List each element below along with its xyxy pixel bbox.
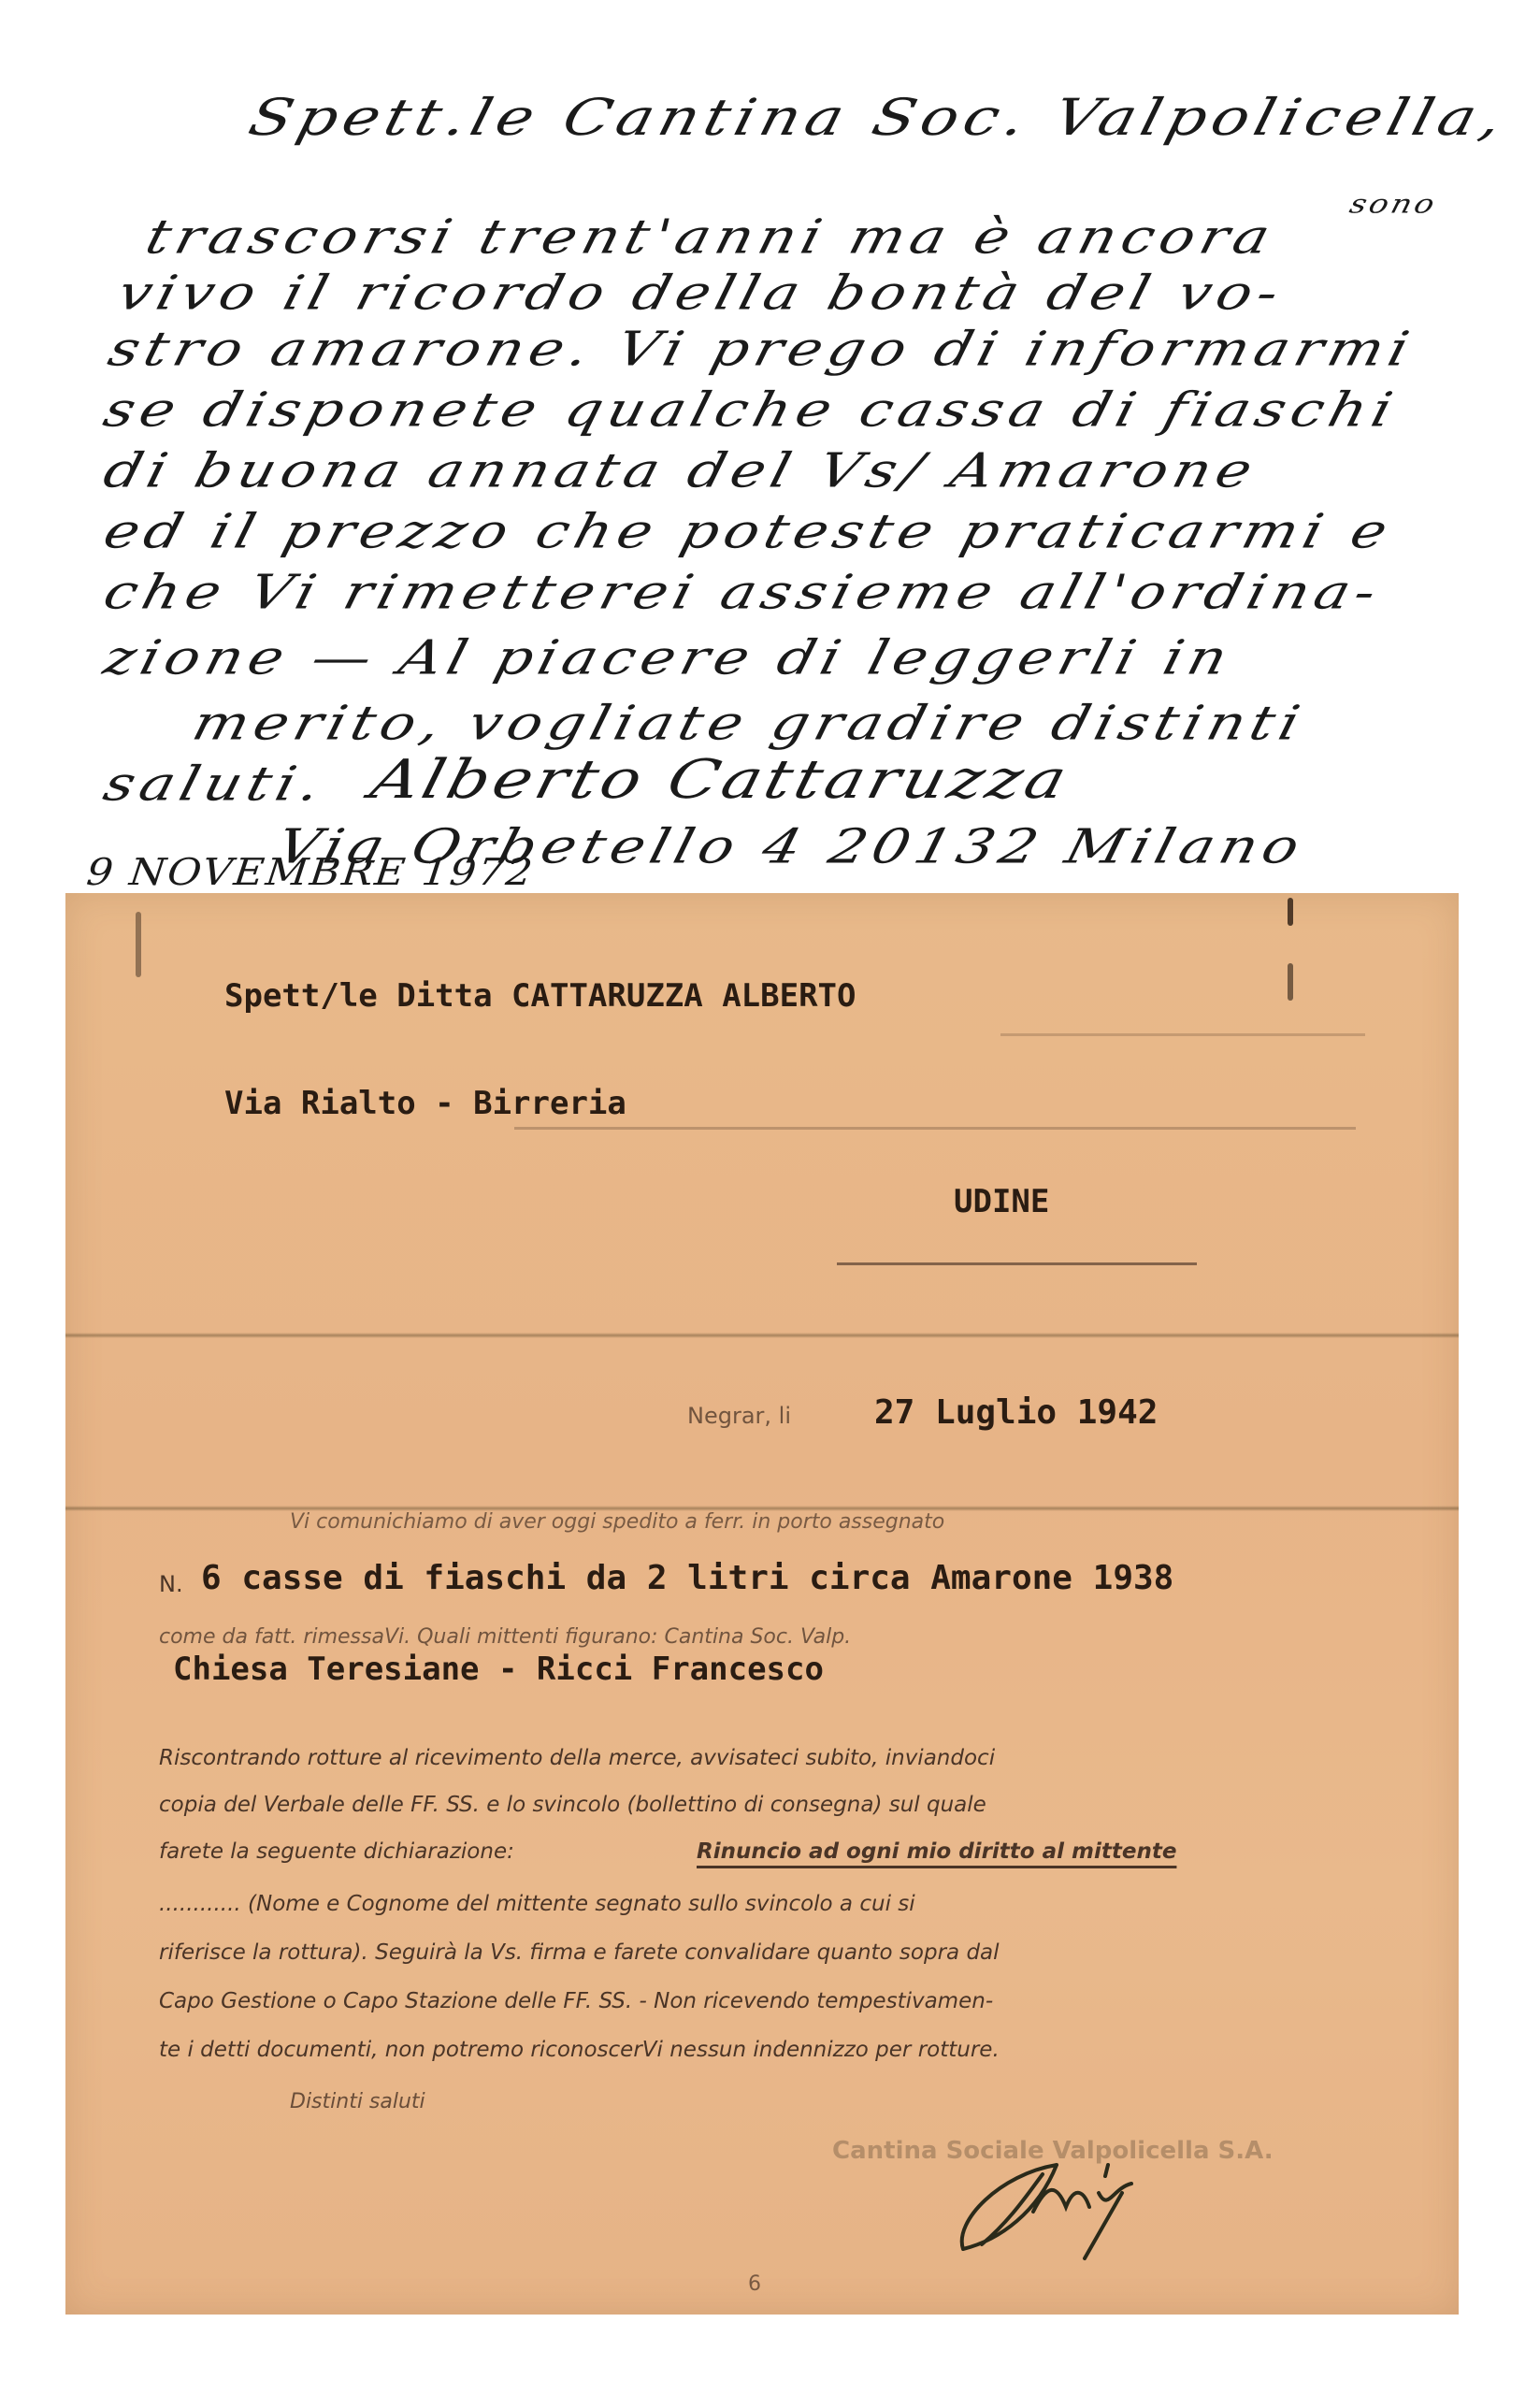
letter-date: 9 NOVEMBRE 1972 (79, 851, 540, 894)
instructions-cont-3: Capo Gestione o Capo Stazione delle FF. … (159, 1989, 993, 2013)
shipping-notice: Spett/le Ditta CATTARUZZA ALBERTO Via Ri… (65, 893, 1459, 2315)
letter-line-4: se disponete qualche cassa di fiaschi (98, 382, 1403, 438)
handwritten-letter: Spett.le Cantina Soc. Valpolicella, sono… (0, 0, 1540, 898)
letter-line-10: saluti. (98, 756, 332, 812)
signature-scribble (944, 2156, 1169, 2268)
recipient-line-1: Spett/le Ditta CATTARUZZA ALBERTO (224, 977, 856, 1015)
invoice-note: come da fatt. rimessaVi. Quali mittenti … (159, 1625, 851, 1649)
shipped-item: 6 casse di fiaschi da 2 litri circa Amar… (201, 1559, 1173, 1597)
letter-line-3: stro amarone. Vi prego di informarmi (103, 321, 1420, 377)
letter-line-6: ed il prezzo che poteste praticarmi e (98, 503, 1399, 559)
place-label: Negrar, li (687, 1403, 791, 1429)
letter-line-2: vivo il ricordo della bontà del vo- (112, 265, 1290, 321)
declaration-text: Rinuncio ad ogni mio diritto al mittente (697, 1839, 1176, 1864)
instructions-line-3: farete la seguente dichiarazione: (159, 1839, 514, 1864)
edge-mark (1288, 963, 1293, 1001)
letter-line-1: trascorsi trent'anni ma è ancora (140, 209, 1281, 265)
instructions-cont-1: ............ (Nome e Cognome del mittent… (159, 1892, 915, 1916)
recipient-line-2: Via Rialto - Birreria (224, 1085, 626, 1122)
notice-intro: Vi comunichiamo di aver oggi spedito a f… (290, 1510, 944, 1534)
recipient-city: UDINE (954, 1183, 1049, 1220)
instructions-line-1: Riscontrando rotture al ricevimento dell… (159, 1746, 995, 1770)
instructions-cont-4: te i detti documenti, non potremo ricono… (159, 2038, 1000, 2062)
letter-insertion: sono (1346, 189, 1440, 220)
item-prefix: N. (159, 1571, 183, 1597)
edge-mark (1288, 898, 1293, 926)
notice-date: 27 Luglio 1942 (874, 1393, 1158, 1432)
letter-line-5: di buona annata del Vs/ Amarone (98, 442, 1263, 498)
letter-line-9: merito, vogliate gradire distinti (187, 695, 1311, 751)
edge-mark (136, 912, 141, 977)
address-rule (837, 1262, 1197, 1265)
fold-line (65, 1333, 1459, 1338)
instructions-line-2: copia del Verbale delle FF. SS. e lo svi… (159, 1793, 986, 1817)
letter-salutation: Spett.le Cantina Soc. Valpolicella, (243, 88, 1514, 147)
letter-signature: Alberto Cattaruzza (365, 748, 1076, 811)
instructions-cont-2: riferisce la rottura). Seguirà la Vs. fi… (159, 1940, 1000, 1965)
page-mark: 6 (748, 2272, 761, 2296)
address-rule (1000, 1033, 1365, 1036)
letter-line-8: zione — Al piacere di leggerli in (98, 629, 1239, 685)
letter-line-7: che Vi rimetterei assieme all'ordina- (98, 564, 1388, 620)
closing-salutation: Distinti saluti (290, 2090, 425, 2113)
address-rule (514, 1127, 1356, 1130)
sender-names: Chiesa Teresiane - Ricci Francesco (173, 1651, 824, 1688)
